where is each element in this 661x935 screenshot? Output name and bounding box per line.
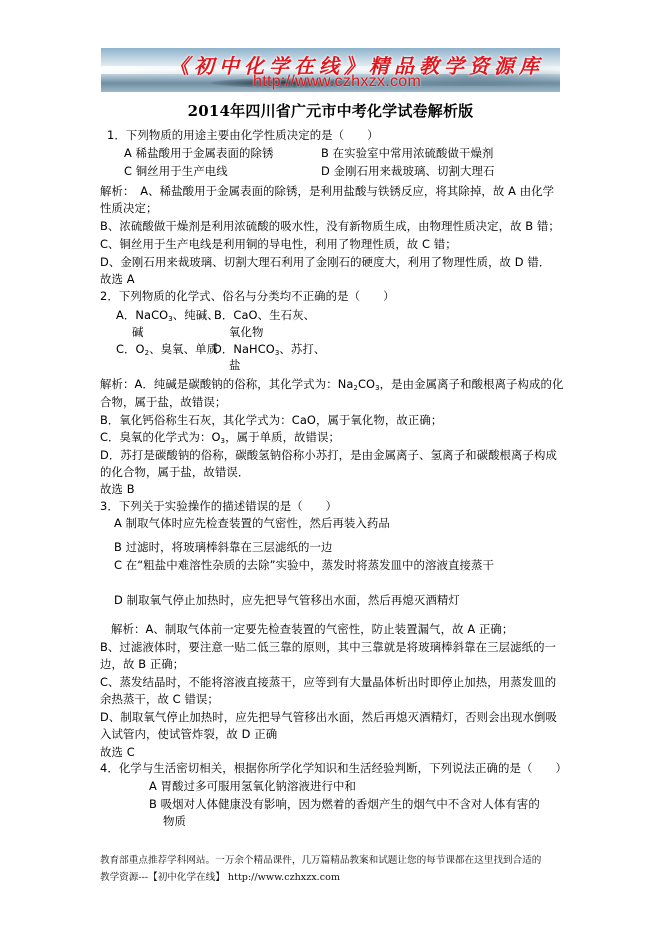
question-2-answer: 故选 B [100, 482, 135, 497]
question-4-option-b: B 吸烟对人体健康没有影响，因为燃着的香烟产生的烟气中不含对人体有害的 [149, 797, 540, 812]
question-3-analysis-line: 边，故 B 正确； [100, 657, 184, 672]
question-3-stem: 3．下列关于实验操作的描述错误的是（ ） [100, 499, 337, 514]
question-1-analysis-line: 解析： A、稀盐酸用于金属表面的除锈，是利用盐酸与铁锈反应，将其除掉，故 A 由… [100, 184, 554, 199]
question-3-analysis-line: B、过滤液体时，要注意一贴二低三靠的原则，其中三靠就是将玻璃棒斜靠在三层滤纸的一 [100, 640, 556, 655]
footer-source-text: 教学资源---【初中化学在线】 [100, 872, 225, 883]
question-2-option-c: C．O2、臭氧、单质 [116, 342, 218, 361]
question-2-option-b: B．CaO、生石灰、 [214, 308, 315, 323]
question-3-analysis-line: 余热蒸干，故 C 错误； [100, 692, 219, 707]
question-2-stem: 2．下列物质的化学式、俗名与分类均不正确的是（ ） [100, 289, 395, 304]
question-2-option-a-cont: 碱 [132, 325, 144, 340]
question-1-option-b: B 在实验室中常用浓硫酸做干燥剂 [321, 146, 494, 161]
question-4-option-b-cont: 物质 [163, 814, 186, 829]
question-2-option-d-cont: 盐 [229, 358, 241, 373]
question-2-option-b-cont: 氧化物 [229, 325, 263, 340]
question-4-stem: 4．化学与生活密切相关，根据你所学化学知识和生活经验判断，下列说法正确的是（ ） [100, 761, 567, 776]
banner-url: http://www.czhxzx.com [253, 73, 421, 91]
document-title: 2014年四川省广元市中考化学试卷解析版 [0, 100, 661, 121]
question-4-option-a: A 胃酸过多可服用氢氧化钠溶液进行中和 [149, 779, 356, 794]
question-2-analysis-d: D．苏打是碳酸钠的俗称，碳酸氢钠俗称小苏打，是由金属离子、氢离子和碳酸根离子构成 [100, 448, 557, 463]
question-2-analysis-d-cont: 的化合物，属于盐，故错误． [100, 465, 249, 480]
footer-url-link[interactable]: http://www.czhxzx.com [228, 872, 340, 883]
question-1-answer: 故选 A [100, 272, 135, 287]
question-3-analysis-line: D、制取氧气停止加热时，应先把导气管移出水面，然后再熄灭酒精灯，否则会出现水倒吸 [100, 710, 557, 725]
question-2-analysis-a-cont: 合物，属于盐，故错误； [100, 395, 226, 410]
question-2-analysis-a: 解析：A．纯碱是碳酸钠的俗称，其化学式为：Na2CO3，是由金属离子和酸根离子构… [100, 377, 564, 396]
question-1-option-a: A 稀盐酸用于金属表面的除锈 [124, 146, 274, 161]
question-1-analysis-line: 性质决定； [100, 201, 157, 216]
question-1-stem: 1．下列物质的用途主要由化学性质决定的是（ ） [107, 128, 379, 143]
question-1-analysis-line: B、浓硫酸做干燥剂是利用浓硫酸的吸水性，没有新物质生成，由物理性质决定，故 B … [100, 219, 560, 234]
question-3-answer: 故选 C [100, 745, 135, 760]
question-1-analysis-line: C、铜丝用于生产电线是利用铜的导电性，利用了物理性质，故 C 错； [100, 237, 457, 252]
footer-promo-line: 教育部重点推荐学科网站。一万余个精品课件，几万篇精品教案和试题让您的每节课都在这… [100, 852, 541, 866]
question-3-analysis-line: 入试管内，使试管炸裂，故 D 正确 [100, 727, 277, 742]
question-3-analysis-line: C、蒸发结晶时，不能将溶液直接蒸干，应等到有大量晶体析出时即停止加热，用蒸发皿的 [100, 675, 556, 690]
question-1-option-d: D 金刚石用来裁玻璃、切割大理石 [321, 164, 494, 179]
question-3-analysis-line: 解析：A、制取气体前一定要先检查装置的气密性，防止装置漏气，故 A 正确； [111, 622, 513, 637]
footer-source-line: 教学资源---【初中化学在线】 http://www.czhxzx.com [100, 869, 340, 883]
question-2-analysis-b: B．氧化钙俗称生石灰，其化学式为：CaO，属于氧化物，故正确； [100, 413, 442, 428]
document-page: 《初中化学在线》精品教学资源库 http://www.czhxzx.com 20… [0, 0, 661, 935]
question-1-analysis-line: D、金刚石用来裁玻璃、切割大理石利用了金刚石的硬度大，利用了物理性质，故 D 错… [100, 255, 550, 270]
question-1-option-c: C 铜丝用于生产电线 [124, 164, 228, 179]
question-2-analysis-c: C．臭氧的化学式为：O3，属于单质，故错误； [100, 430, 340, 449]
site-banner: 《初中化学在线》精品教学资源库 http://www.czhxzx.com [101, 48, 560, 92]
question-3-option-a: A 制取气体时应先检查装置的气密性，然后再装入药品 [114, 516, 390, 531]
question-3-option-b: B 过滤时，将玻璃棒斜靠在三层滤纸的一边 [114, 540, 332, 555]
question-3-option-c: C 在“粗盐中难溶性杂质的去除”实验中，蒸发时将蒸发皿中的溶液直接蒸干 [114, 558, 494, 573]
question-3-option-d: D 制取氧气停止加热时，应先把导气管移出水面，然后再熄灭酒精灯 [114, 593, 460, 608]
